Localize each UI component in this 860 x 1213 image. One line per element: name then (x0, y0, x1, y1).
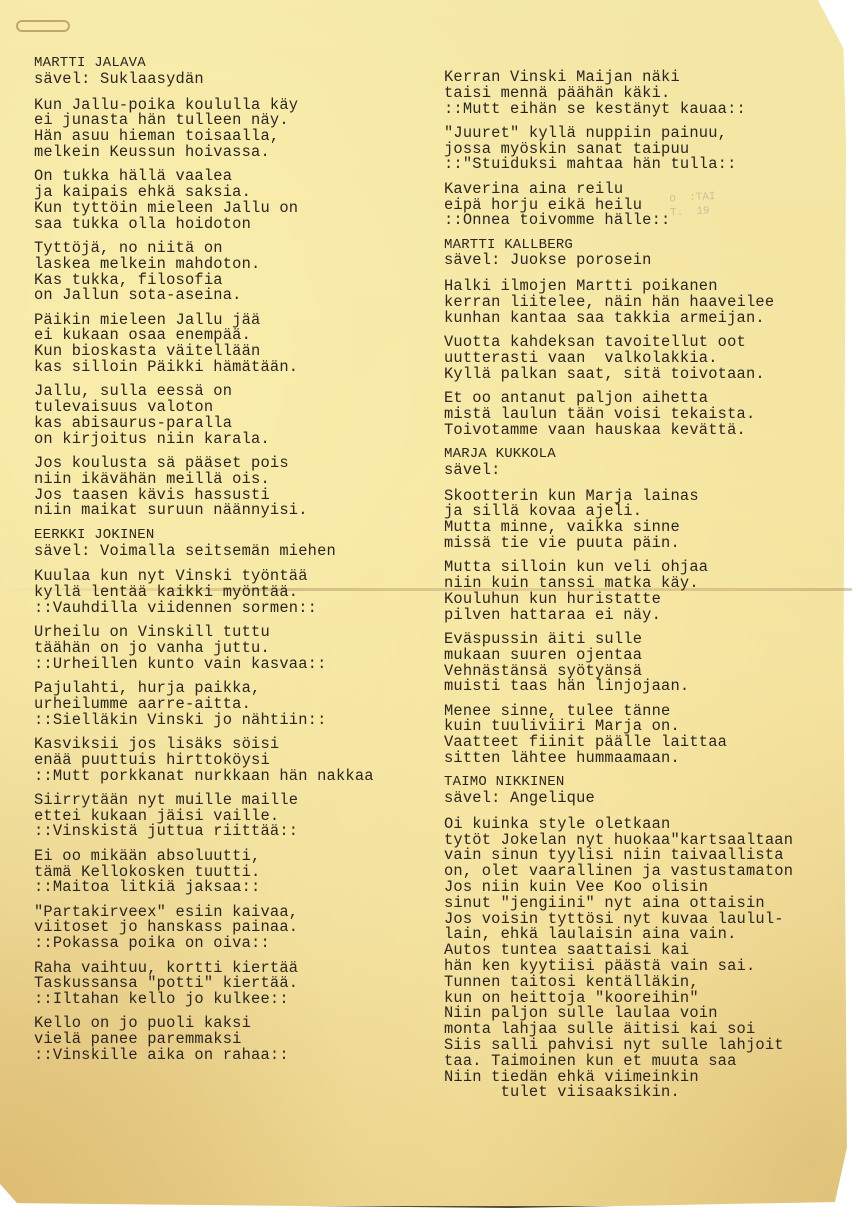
lyric-line: ::Onnea toivomme hälle:: (444, 213, 844, 229)
song-header: MARJA KUKKOLAsävel: (444, 447, 844, 479)
lyric-line: Toivotamme vaan hauskaa kevättä. (444, 423, 844, 439)
lyric-line: sitten lähtee hummaamaan. (444, 751, 844, 767)
verse: Pajulahti, hurja paikka,urheilumme aarre… (34, 681, 434, 728)
song-block: EERKKI JOKINENsävel: Voimalla seitsemän … (34, 528, 434, 1064)
song-header: EERKKI JOKINENsävel: Voimalla seitsemän … (34, 528, 434, 560)
left-column: MARTTI JALAVAsävel: SuklaasydänKun Jallu… (34, 56, 434, 1072)
lyric-line: kas silloin Päikki hämätään. (34, 360, 434, 376)
lyric-line: ::Urheillen kunto vain kasvaa:: (34, 657, 434, 673)
verse: Mutta silloin kun veli ohjaaniin kuin ta… (444, 560, 844, 623)
lyric-line: ::Mutt eihän se kestänyt kauaa:: (444, 102, 844, 118)
lyric-line: Kyllä palkan saat, sitä toivotaan. (444, 367, 844, 383)
lyric-line: ::Vinskille aika on rahaa:: (34, 1048, 434, 1064)
verse: Skootterin kun Marja lainasja sillä kova… (444, 489, 844, 552)
song-header: TAIMO NIKKINENsävel: Angelique (444, 775, 844, 807)
lyric-line: on kirjoitus niin karala. (34, 432, 434, 448)
lyric-line: pilven hattaraa ei näy. (444, 608, 844, 624)
lyric-line: on Jallun sota-aseina. (34, 288, 434, 304)
song-block: Kerran Vinski Maijan näkitaisi mennä pää… (444, 70, 844, 229)
verse: Kasviksii jos lisäks söisienää puuttuis … (34, 737, 434, 784)
song-melody: sävel: Angelique (444, 791, 844, 807)
song-block: MARTTI JALAVAsävel: SuklaasydänKun Jallu… (34, 56, 434, 519)
verse: Kuulaa kun nyt Vinski työntääkyllä lentä… (34, 569, 434, 616)
song-block: MARJA KUKKOLAsävel:Skootterin kun Marja … (444, 447, 844, 767)
verse: Jos koulusta sä pääset poisniin ikävähän… (34, 456, 434, 519)
verse: Päikin mieleen Jallu jääei kukaan osaa e… (34, 313, 434, 376)
song-header: MARTTI JALAVAsävel: Suklaasydän (34, 56, 434, 88)
song-block: MARTTI KALLBERGsävel: Juokse poroseinHal… (444, 238, 844, 439)
lyric-line: ::Maitoa litkiä jaksaa:: (34, 880, 434, 896)
lyric-line: saa tukka olla hoidoton (34, 217, 434, 233)
right-column: Kerran Vinski Maijan näkitaisi mennä pää… (444, 70, 844, 1110)
lyric-line: ::Vauhdilla viidennen sormen:: (34, 601, 434, 617)
lyric-line: muisti taas hän linjojaan. (444, 679, 844, 695)
verse: "Partakirveex" esiin kaivaa,viitoset jo … (34, 905, 434, 952)
lyric-line: missä tie vie puuta päin. (444, 536, 844, 552)
lyric-line: ::Mutt porkkanat nurkkaan hän nakkaa (34, 769, 434, 785)
song-header: MARTTI KALLBERGsävel: Juokse porosein (444, 238, 844, 270)
verse: Kun Jallu-poika koululla käyei junasta h… (34, 98, 434, 161)
song-melody: sävel: Suklaasydän (34, 72, 434, 88)
verse: Raha vaihtuu, kortti kiertääTaskussansa … (34, 961, 434, 1008)
lyric-line: niin maikat suruun näännyisi. (34, 503, 434, 519)
song-melody: sävel: Voimalla seitsemän miehen (34, 544, 434, 560)
verse: Et oo antanut paljon aihettamistä laulun… (444, 391, 844, 438)
verse: Eväspussin äiti sullemukaan suuren ojent… (444, 632, 844, 695)
verse: Halki ilmojen Martti poikanenkerran liit… (444, 279, 844, 326)
song-melody: sävel: (444, 463, 844, 479)
verse: Vuotta kahdeksan tavoitellut ootuutteras… (444, 335, 844, 382)
verse: Kaverina aina reilueipä horju eikä heilu… (444, 182, 844, 229)
lyric-line: ::"Stuiduksi mahtaa hän tulla:: (444, 157, 844, 173)
verse: Ei oo mikään absoluutti,tämä Kellokosken… (34, 849, 434, 896)
lyric-line: ::Pokassa poika on oiva:: (34, 936, 434, 952)
lyric-line: tulet viisaaksikin. (444, 1085, 844, 1101)
verse: Kerran Vinski Maijan näkitaisi mennä pää… (444, 70, 844, 117)
lyric-line: melkein Keussun hoivassa. (34, 145, 434, 161)
verse: Oi kuinka style oletkaantytöt Jokelan ny… (444, 817, 844, 1101)
verse: On tukka hällä vaaleaja kaipais ehkä sak… (34, 169, 434, 232)
lyric-line: ::Vinskistä juttua riittää:: (34, 824, 434, 840)
verse: Menee sinne, tulee tännekuin tuuliviiri … (444, 704, 844, 767)
verse: Tyttöjä, no niitä onlaskea melkein mahdo… (34, 241, 434, 304)
lyric-line: ::Iltahan kello jo kulkee:: (34, 992, 434, 1008)
verse: Kello on jo puoli kaksivielä panee parem… (34, 1016, 434, 1063)
verse: Siirrytään nyt muille mailleettei kukaan… (34, 793, 434, 840)
verse: Urheilu on Vinskill tuttutäähän on jo va… (34, 625, 434, 672)
song-block: TAIMO NIKKINENsävel: AngeliqueOi kuinka … (444, 775, 844, 1101)
song-title: MARJA KUKKOLA (444, 447, 844, 463)
verse: "Juuret" kyllä nuppiin painuu,jossa myös… (444, 126, 844, 173)
staple-mark (16, 20, 70, 32)
verse: Jallu, sulla eessä ontulevaisuus valoton… (34, 384, 434, 447)
lyric-line: kunhan kantaa saa takkia armeijan. (444, 311, 844, 327)
lyric-line: ::Sielläkin Vinski jo nähtiin:: (34, 713, 434, 729)
song-melody: sävel: Juokse porosein (444, 253, 844, 269)
